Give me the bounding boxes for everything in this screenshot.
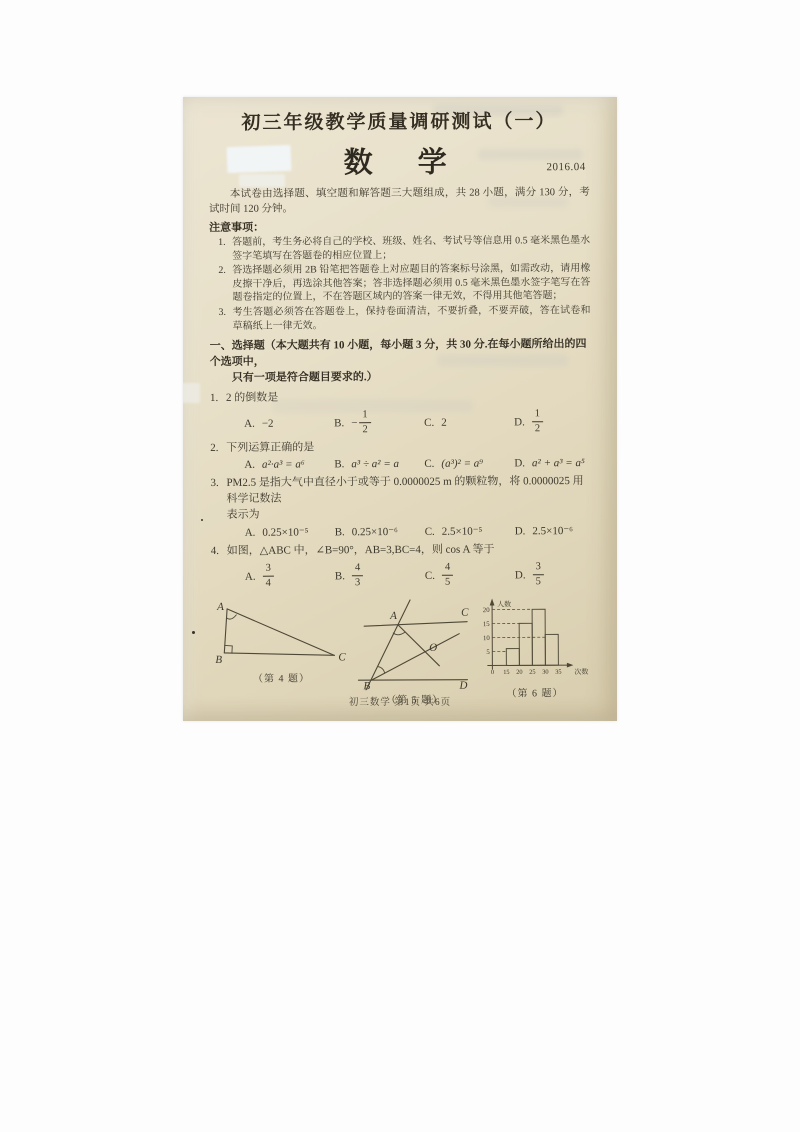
fraction: 35 — [533, 562, 544, 587]
triangle-side-ab — [224, 609, 227, 653]
notice-number: 2. — [218, 264, 232, 305]
section-header-line1: 一、选择题（本大题共有 10 小题，每小题 3 分，共 30 分.在每小题所给出… — [210, 336, 591, 370]
option-c: C. 45 — [425, 563, 515, 588]
y-tick-label: 15 — [483, 621, 490, 628]
question-number: 2. — [210, 440, 226, 456]
question-3: 3. PM2.5 是指大气中直径小于或等于 0.0000025 m 的颗粒物，将… — [210, 473, 591, 539]
fraction: − 12 — [351, 410, 371, 435]
question-text-continued: 表示为 — [227, 505, 592, 523]
intro-paragraph: 本试卷由选择题、填空题和解答题三大题组成，共 28 小题，满分 130 分，考试… — [209, 185, 590, 217]
notice-number: 1. — [218, 236, 232, 263]
histogram-bar — [519, 623, 532, 665]
vertex-label-c: C — [338, 651, 346, 663]
subject-row: 数 学 2016.04 — [209, 139, 590, 179]
fraction-numerator: 3 — [533, 562, 544, 575]
option-label: A. — [245, 570, 256, 582]
option-label: C. — [424, 416, 434, 428]
fraction-denominator: 2 — [362, 423, 367, 435]
option-b: B. 0.25×10⁻⁶ — [335, 525, 425, 538]
option-value: (a³)² = a⁹ — [441, 458, 483, 470]
vertex-label-a: A — [216, 601, 224, 613]
option-label: D. — [515, 525, 526, 537]
question-2: 2. 下列运算正确的是 A. a²·a³ = a⁶ B. a³ ÷ a² = a… — [210, 438, 591, 471]
fraction-denominator: 2 — [535, 422, 540, 434]
fraction-numerator: 4 — [352, 563, 363, 576]
option-a: A. 0.25×10⁻⁵ — [245, 526, 335, 539]
option-a: A. −2 — [244, 417, 334, 429]
line-bd — [358, 680, 467, 681]
fraction-denominator: 5 — [536, 575, 541, 587]
point-label-d: D — [458, 680, 467, 691]
option-value: −2 — [262, 417, 274, 429]
x-axis-label: 次数 — [574, 667, 588, 676]
notice-text: 答选择题必须用 2B 铅笔把答题卷上对应题目的答案标号涂黑，如需改动，请用橡皮擦… — [232, 262, 590, 305]
x-tick-label: 25 — [529, 669, 535, 676]
question-text: 如图，△ABC 中，∠B=90°，AB=3,BC=4，则 cos A 等于 — [227, 541, 592, 559]
option-value: 2.5×10⁻⁶ — [532, 524, 573, 537]
lines-figure-svg: A C B D O — [351, 596, 477, 691]
figure-right-triangle: A B C （第 4 题） — [211, 596, 352, 707]
exam-title: 初三年级教学质量调研测试（一） — [208, 110, 589, 136]
transversal-ba — [363, 600, 410, 690]
figures-row: A B C （第 4 题） — [211, 595, 593, 707]
x-tick-label: 0 — [491, 669, 494, 676]
question-text: 2 的倒数是 — [226, 388, 591, 406]
option-label: C. — [425, 525, 435, 537]
option-b: B. − 12 — [334, 410, 424, 435]
option-a: A. a²·a³ = a⁶ — [244, 459, 334, 471]
x-axis-arrow — [567, 663, 574, 668]
option-value: a² + a³ = a⁵ — [532, 457, 585, 469]
y-tick-label: 10 — [483, 635, 490, 642]
fraction-numerator: 3 — [263, 564, 274, 577]
notice-text: 答题前，考生务必将自己的学校、班级、姓名、考试号等信息用 0.5 毫米黑色墨水签… — [232, 234, 590, 263]
option-d: D. a² + a³ = a⁵ — [514, 457, 591, 469]
option-label: C. — [425, 569, 435, 581]
option-c: C. 2 — [424, 416, 514, 428]
triangle-side-bc — [224, 653, 334, 657]
histogram-svg: 510152001520253035 人数 次数 — [477, 595, 592, 684]
angle-arc-a — [393, 632, 405, 635]
point-label-b: B — [363, 680, 370, 690]
option-d: D. 2.5×10⁻⁶ — [515, 524, 592, 537]
option-label: B. — [335, 570, 345, 582]
option-d: D. 12 — [514, 409, 591, 434]
fraction: 45 — [442, 563, 453, 588]
triangle-side-ac — [227, 609, 334, 657]
fraction-numerator: 4 — [442, 563, 453, 576]
angle-arc-b — [378, 667, 385, 674]
right-angle-mark — [225, 646, 233, 654]
notice-item: 3. 考生答题必须答在答题卷上，保持卷面清洁，不要折叠，不要弄破，答在试卷和草稿… — [209, 304, 590, 333]
q2-options: A. a²·a³ = a⁶ B. a³ ÷ a² = a C. (a³)² = … — [210, 457, 591, 471]
x-tick-label: 20 — [516, 669, 522, 676]
section-header-line2: 只有一项是符合题目要求的.） — [210, 368, 591, 386]
option-value: a³ ÷ a² = a — [351, 458, 399, 470]
x-tick-label: 35 — [555, 669, 561, 676]
fraction: 12 — [532, 409, 543, 434]
option-label: B. — [334, 417, 344, 429]
q1-options: A. −2 B. − 12 C. 2 D. 12 — [210, 409, 591, 436]
point-label-c: C — [461, 607, 469, 619]
option-value: a²·a³ = a⁶ — [262, 459, 305, 471]
option-c: C. (a³)² = a⁹ — [424, 458, 514, 470]
histogram-bar — [545, 635, 558, 666]
notice-title: 注意事项： — [209, 217, 590, 235]
option-value: 2.5×10⁻⁵ — [442, 525, 483, 538]
notice-item: 1. 答题前，考生务必将自己的学校、班级、姓名、考试号等信息用 0.5 毫米黑色… — [209, 234, 590, 263]
option-b: B. a³ ÷ a² = a — [334, 458, 424, 470]
fraction: 43 — [352, 563, 363, 588]
paper-content: 初三年级教学质量调研测试（一） 数 学 2016.04 本试卷由选择题、填空题和… — [183, 97, 617, 707]
subject-title: 数 学 — [344, 147, 455, 180]
y-axis-label: 人数 — [497, 600, 511, 609]
option-b: B. 43 — [335, 563, 425, 588]
question-text: 下列运算正确的是 — [226, 438, 591, 456]
ink-speck — [192, 631, 195, 634]
fraction-denominator: 4 — [266, 577, 271, 589]
option-c: C. 2.5×10⁻⁵ — [425, 525, 515, 538]
notice-text: 考生答题必须答在答题卷上，保持卷面清洁，不要折叠，不要弄破，答在试卷和草稿纸上一… — [232, 304, 590, 333]
ink-speck — [201, 519, 203, 521]
option-a: A. 34 — [245, 563, 335, 588]
question-number-spacer — [211, 507, 227, 523]
option-label: B. — [334, 458, 344, 470]
figure-parallel-lines: A C B D O （第 5 题） — [351, 596, 478, 707]
histogram-bar — [506, 649, 519, 666]
q4-options: A. 34 B. 43 C. 45 D. 35 — [211, 562, 592, 589]
notice-item: 2. 答选择题必须用 2B 铅笔把答题卷上对应题目的答案标号涂黑，如需改动，请用… — [209, 262, 590, 305]
page-footer: 初三数学 第1页 共6页 — [183, 694, 617, 708]
notice-number: 3. — [218, 306, 232, 333]
fraction-numerator: 1 — [532, 409, 543, 422]
figure-histogram: 510152001520253035 人数 次数 （第 6 题） — [477, 595, 593, 706]
y-axis-arrow — [490, 599, 495, 606]
angle-arc-a — [226, 615, 236, 619]
option-label: A. — [244, 417, 255, 429]
option-d: D. 35 — [515, 562, 592, 587]
fraction: 34 — [263, 564, 274, 589]
option-label: C. — [424, 458, 434, 470]
section-header: 一、选择题（本大题共有 10 小题，每小题 3 分，共 30 分.在每小题所给出… — [210, 336, 591, 386]
option-label: B. — [335, 526, 345, 538]
question-text: PM2.5 是指大气中直径小于或等于 0.0000025 m 的颗粒物，将 0.… — [226, 473, 591, 507]
option-label: D. — [515, 569, 526, 581]
exam-date: 2016.04 — [546, 161, 585, 173]
option-label: A. — [245, 526, 256, 538]
vertex-label-b: B — [215, 654, 222, 666]
fraction-sign: − — [351, 417, 357, 429]
point-label-a: A — [389, 610, 397, 622]
fraction-denominator: 3 — [355, 576, 360, 588]
option-label: D. — [514, 416, 525, 428]
line-ac — [364, 622, 467, 627]
question-number: 3. — [210, 475, 226, 507]
option-label: D. — [514, 458, 525, 470]
x-tick-label: 15 — [503, 669, 509, 676]
q3-options: A. 0.25×10⁻⁵ B. 0.25×10⁻⁶ C. 2.5×10⁻⁵ D.… — [211, 524, 592, 539]
option-value: 0.25×10⁻⁶ — [352, 525, 398, 538]
option-label: A. — [244, 459, 255, 471]
fraction-denominator: 5 — [445, 576, 450, 588]
fraction-numerator: 1 — [359, 410, 370, 423]
question-1: 1. 2 的倒数是 A. −2 B. − 12 C. 2 — [210, 388, 591, 436]
x-tick-label: 30 — [542, 669, 548, 676]
question-4: 4. 如图，△ABC 中，∠B=90°，AB=3,BC=4，则 cos A 等于… — [211, 541, 592, 589]
scanned-exam-paper: 初三年级教学质量调研测试（一） 数 学 2016.04 本试卷由选择题、填空题和… — [183, 97, 617, 721]
figure4-caption: （第 4 题） — [253, 670, 310, 685]
y-tick-label: 5 — [486, 649, 490, 656]
question-number: 1. — [210, 390, 226, 406]
point-label-o: O — [429, 642, 437, 654]
question-number: 4. — [211, 543, 227, 559]
triangle-figure-svg: A B C — [212, 596, 350, 669]
option-value: 2 — [441, 416, 447, 428]
y-tick-label: 20 — [483, 607, 490, 614]
option-value: 0.25×10⁻⁵ — [262, 526, 308, 539]
